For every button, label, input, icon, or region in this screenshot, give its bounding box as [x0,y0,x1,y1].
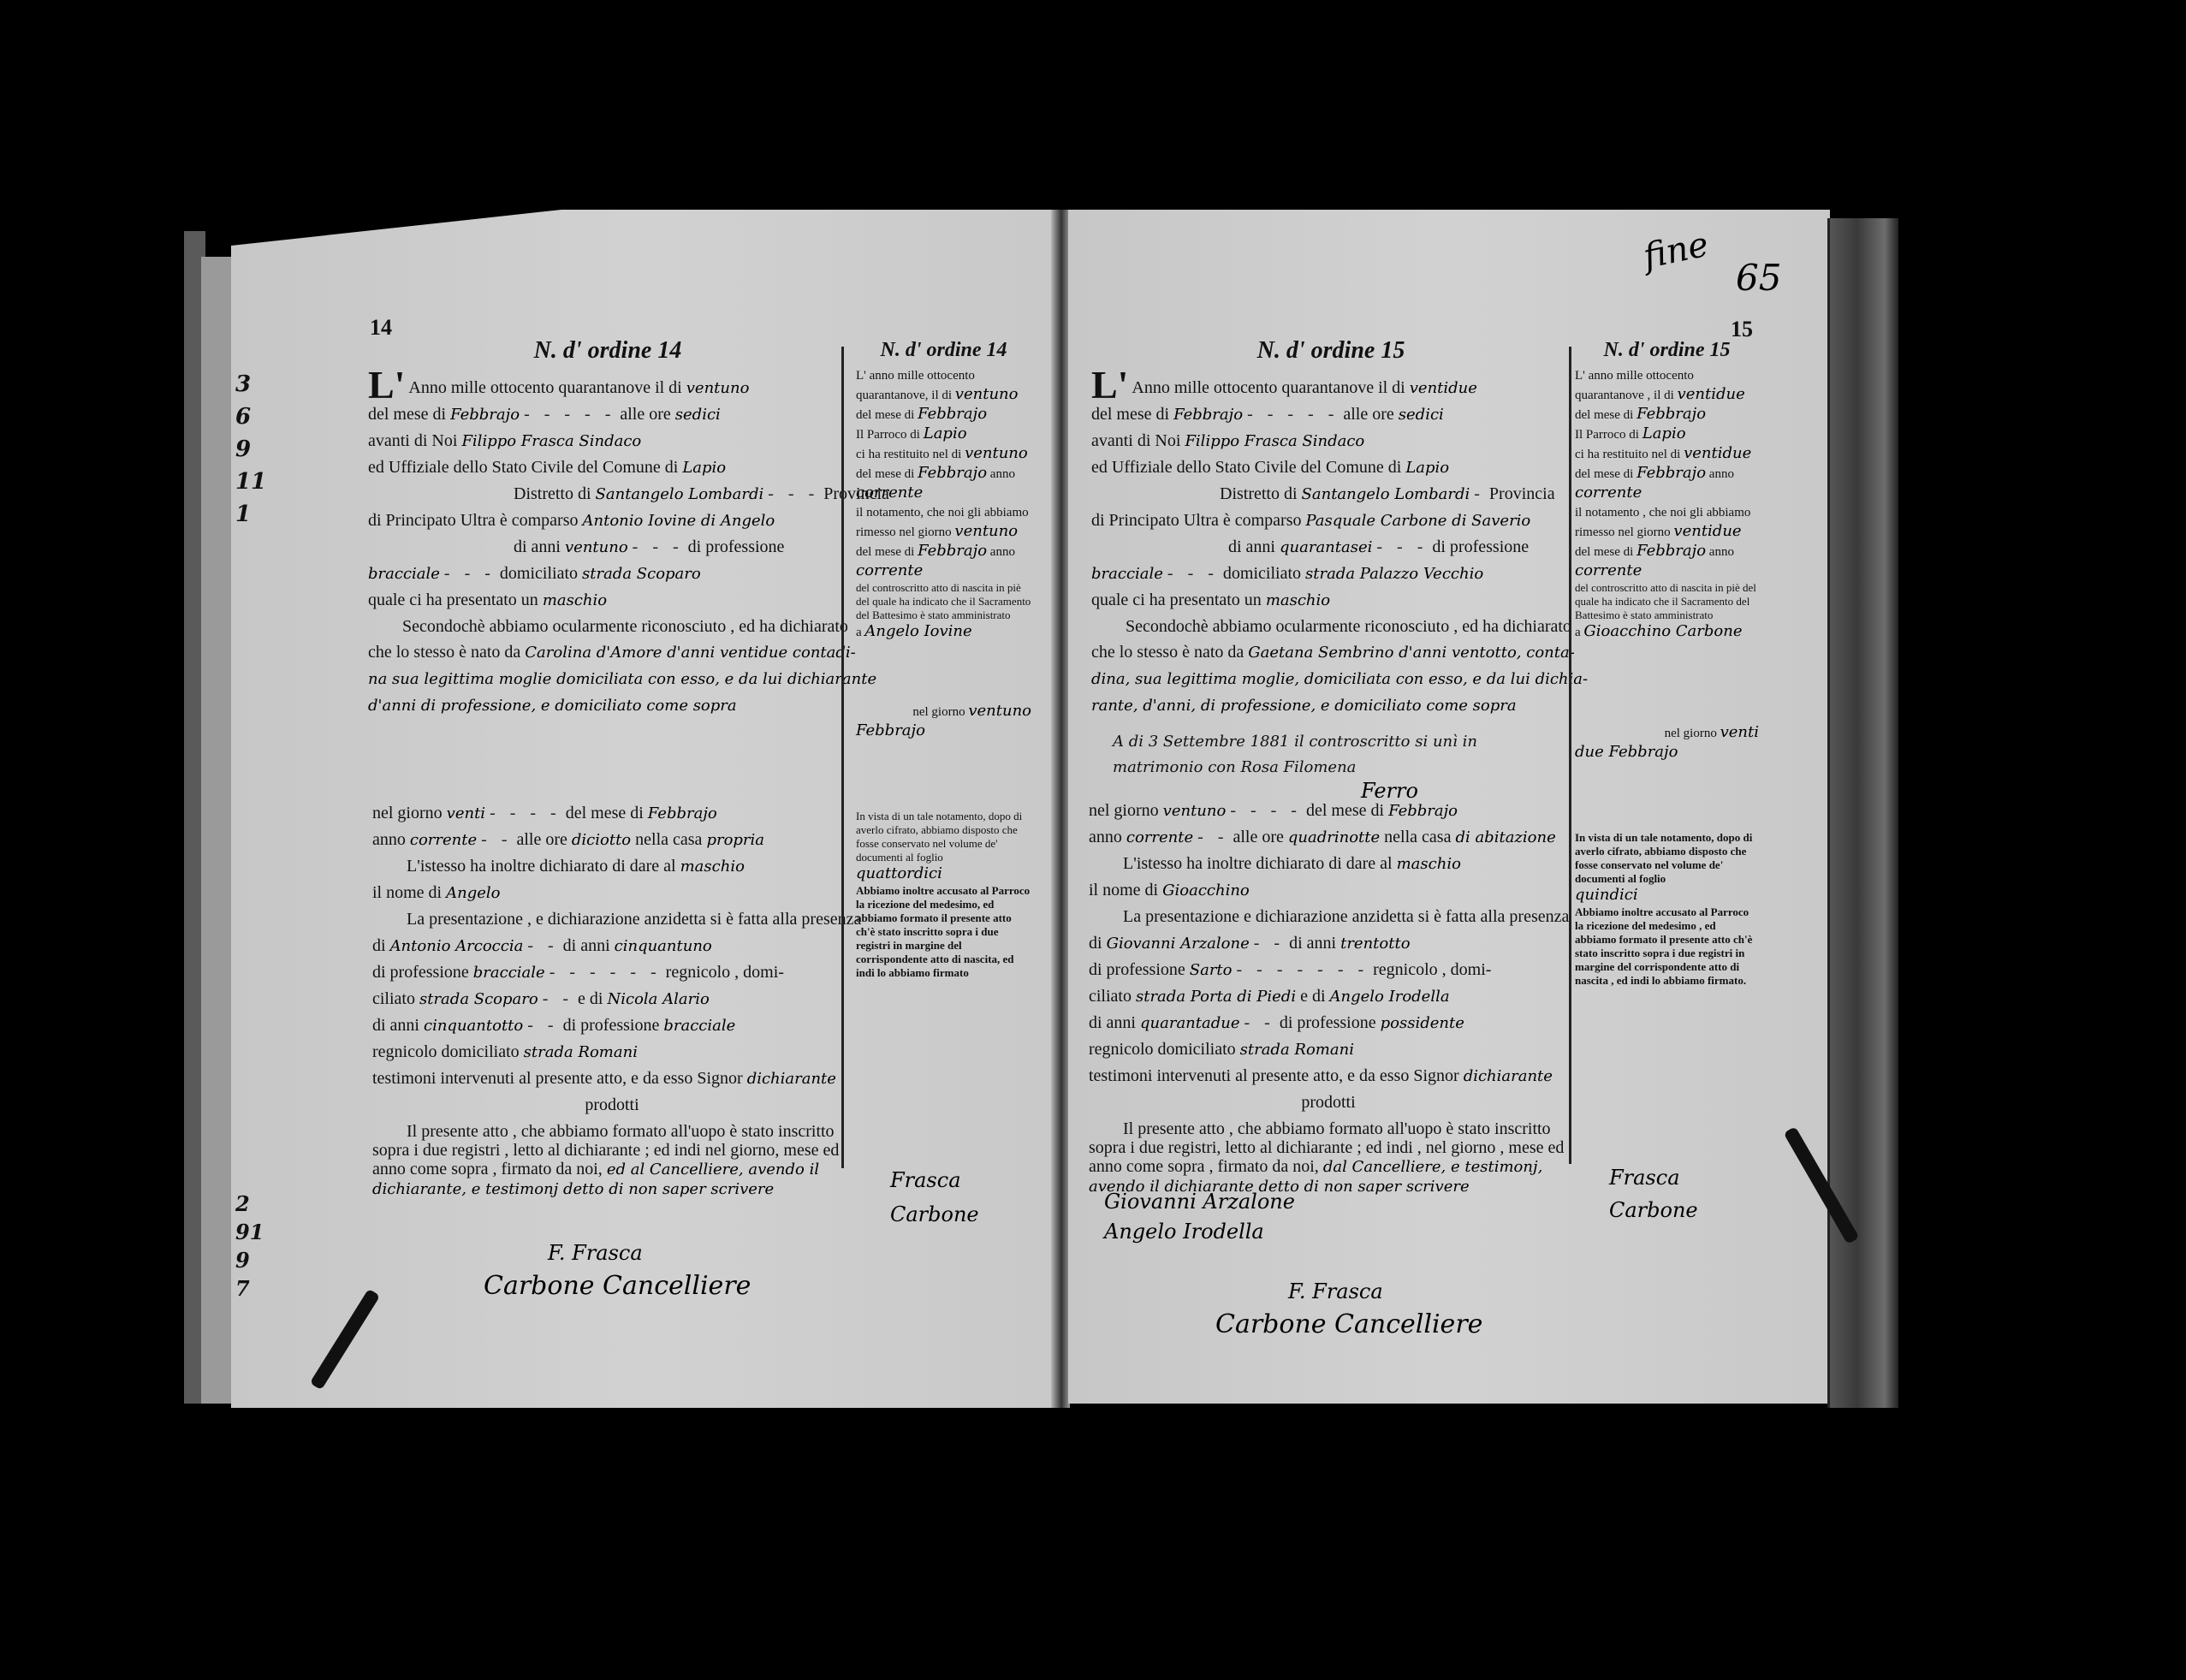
register-scan: 3 6 9 11 1 2 91 9 7 14 15 65 fine N. d' … [0,0,2186,1680]
handwritten-child-name: Gioacchino [1162,882,1250,899]
handwritten-address: strada Porta di Piedi [1136,988,1296,1006]
column-divider [1569,347,1571,1164]
margin-number: 91 [235,1218,270,1246]
printed-text: di professione [1089,960,1185,979]
handwritten-month: Febbrajo [1637,464,1706,482]
printed-text: Secondochè abbiamo ocularmente riconosci… [1126,617,1571,636]
printed-text: L' anno mille ottocento quarantanove , i… [1575,369,1694,402]
handwritten-day: ventuno [965,444,1028,462]
handwritten-year: corrente [1575,561,1642,579]
handwritten-comune: Lapio [682,459,726,477]
handwritten-day: ventidue [1678,385,1745,403]
printed-text: di [1089,934,1102,953]
printed-text: ciliato [372,989,415,1008]
stub-heading: N. d' ordine 15 [1575,341,1759,359]
printed-notice: In vista di un tale notamento, dopo di a… [856,810,1031,864]
margin-number: 1 [235,498,270,531]
printed-text: che lo stesso è nato da [368,643,520,662]
printed-text: testimoni intervenuti al presente atto, … [372,1069,743,1088]
printed-text: regnicolo domiciliato [1089,1040,1236,1059]
stub-signature-clerk: Carbone [1609,1198,1698,1222]
printed-text: il nome di [372,883,442,902]
handwritten-day: ventuno [968,702,1031,720]
printed-text: Secondochè abbiamo ocularmente riconosci… [402,617,848,636]
handwritten-profession: bracciale [473,964,545,982]
margin-number: 6 [235,401,270,433]
handwritten-parish: Lapio [924,424,967,442]
handwritten-sex: maschio [680,858,745,876]
left-page-number: 14 [370,315,392,341]
handwritten-text: dina, sua legittima moglie, domiciliata … [1091,670,1588,688]
handwritten-witness-1: Antonio Arcoccia [390,937,524,955]
printed-text: di anni [514,537,561,556]
handwritten-age: cinquantotto [424,1017,523,1035]
handwritten-month: Febbrajo [856,721,925,739]
printed-text: di professione [372,963,469,982]
handwritten-day: ventuno [1163,802,1227,820]
printed-text: nel giorno [1665,727,1717,740]
printed-text: nel giorno [912,705,965,719]
printed-text: ciliato [1089,987,1132,1006]
printed-text: avanti di Noi [1091,431,1180,450]
handwritten-witness-2: Angelo Irodella [1330,988,1450,1006]
handwritten-day: ventuno [686,379,750,397]
handwritten-place: propria [706,831,764,849]
printed-text: domiciliato [500,564,578,583]
printed-text: a [856,626,862,639]
handwritten-district: Santangelo Lombardi [1302,485,1470,503]
handwritten-year: corrente [1126,828,1193,846]
printed-text: del mese di [856,545,914,559]
handwritten-baptised-name: Angelo Iovine [864,622,971,640]
handwritten-month: Febbrajo [918,464,987,482]
printed-text: ed Uffiziale dello Stato Civile del Comu… [1091,458,1401,477]
printed-text: quale ci ha presentato un [1091,591,1262,609]
handwritten-folio: quattordici [856,864,942,882]
handwritten-month: Febbrajo [1388,802,1458,820]
handwritten-declarant: Pasquale Carbone di Saverio [1306,512,1531,530]
handwritten-text: rante, d'anni, di professione, e domicil… [1091,697,1517,715]
handwritten-year: corrente [856,561,923,579]
handwritten-mother: Gaetana Sembrino d'anni ventotto, conta- [1248,644,1575,662]
printed-text: del mese di [1306,801,1384,820]
printed-text: di anni [1089,1013,1136,1032]
printed-text: Distretto di [1220,484,1298,503]
handwritten-age: ventuno [565,538,628,556]
witness-signature-1: Giovanni Arzalone [1104,1190,1295,1214]
handwritten-address: strada Scoparo [419,990,538,1008]
handwritten-address: strada Romani [1240,1041,1354,1059]
printed-text: nella casa [1384,828,1451,846]
printed-text: regnicolo domiciliato [372,1042,520,1061]
handwritten-sex: maschio [543,591,607,609]
handwritten-witness-2: Nicola Alario [607,990,709,1008]
printed-text: prodotti [585,1095,639,1114]
corner-annotation: 65 [1736,257,1781,299]
printed-text: ed Uffiziale dello Stato Civile del Comu… [368,458,678,477]
signature-clerk: Carbone Cancelliere [1215,1309,1482,1339]
printed-text: anno [1089,828,1122,846]
printed-text: del mese di [856,408,914,422]
printed-text: anno [372,830,406,849]
handwritten-month: due Febbrajo [1575,743,1678,761]
margin-number: 2 [235,1190,270,1218]
handwritten-day: ventidue [1684,444,1751,462]
handwritten-folio: quindici [1575,886,1638,904]
book-gutter [1051,210,1070,1408]
handwritten-child-name: Angelo [446,884,500,902]
handwritten-day: ventidue [1673,522,1741,540]
printed-text: avanti di Noi [368,431,457,450]
record-14-lower: nel giorno venti - - - - del mese di Feb… [372,800,852,1199]
stub-signature-mayor: Frasca [890,1168,961,1192]
printed-text: testimoni intervenuti al presente atto, … [1089,1066,1459,1085]
printed-text: e di [1300,987,1325,1006]
signature-mayor: F. Frasca [1288,1279,1383,1303]
handwritten-profession: bracciale [663,1017,735,1035]
stub-signature-mayor: Frasca [1609,1166,1680,1190]
printed-notice: In vista di un tale notamento, dopo di a… [1575,831,1759,886]
printed-text: quale ci ha presentato un [368,591,538,609]
printed-text: di professione [563,1016,660,1035]
handwritten-place: di abitazione [1455,828,1555,846]
handwritten-address: strada Palazzo Vecchio [1305,565,1483,583]
handwritten-mother: Carolina d'Amore d'anni ventidue contadi… [525,644,855,662]
printed-text: domiciliato [1223,564,1301,583]
printed-text: di professione [1280,1013,1376,1032]
handwritten-profession: bracciale [368,565,440,583]
printed-text: a [1575,626,1581,639]
handwritten-sex: maschio [1397,855,1461,873]
margin-number: 3 [235,368,270,401]
handwritten-district: Santangelo Lombardi [596,485,764,503]
printed-text: Anno mille ottocento quarantanove il di [1132,378,1405,397]
right-page-number: 15 [1731,317,1753,342]
printed-text: di Principato Ultra è comparso [368,511,579,530]
printed-text: di Principato Ultra è comparso [1091,511,1302,530]
printed-text: Anno mille ottocento quarantanove il di [408,378,681,397]
handwritten-text: dichiarante [1464,1067,1553,1085]
printed-text: L'istesso ha inoltre dichiarato di dare … [407,857,676,876]
column-divider [841,347,844,1168]
handwritten-witness-1: Giovanni Arzalone [1107,935,1250,953]
handwritten-month: Febbrajo [648,804,717,822]
printed-text: prodotti [1301,1093,1355,1112]
printed-text: nel giorno [1089,801,1159,820]
printed-text: del controscritto atto di nascita in piè… [1575,581,1759,622]
drop-cap: L' [368,363,405,407]
printed-text: del controscritto atto di nascita in piè… [856,581,1031,622]
printed-text: La presentazione e dichiarazione anzidet… [1123,907,1569,926]
printed-text: anno [990,545,1015,559]
margin-number: 11 [235,466,270,498]
handwritten-declarant: Antonio Iovine di Angelo [583,512,775,530]
printed-text: che lo stesso è nato da [1091,643,1244,662]
handwritten-month: Febbrajo [450,406,520,424]
handwritten-year: corrente [856,484,923,502]
handwritten-official: Filippo Frasca Sindaco [1185,432,1364,450]
printed-text: Il Parroco di [856,428,920,442]
printed-text: La presentazione , e dichiarazione anzid… [407,910,861,929]
handwritten-day: ventuno [955,385,1019,403]
handwritten-hour: diciotto [572,831,631,849]
record-heading: N. d' ordine 14 [368,338,847,364]
drop-cap: L' [1091,363,1128,407]
stub-heading: N. d' ordine 14 [856,341,1031,359]
printed-text: alle ore [1233,828,1283,846]
printed-text: del mese di [856,467,914,481]
handwritten-official: Filippo Frasca Sindaco [461,432,641,450]
handwritten-baptised-name: Gioacchino Carbone [1583,622,1742,640]
printed-text: ci ha restituito nel di [1575,448,1680,461]
record-15-main: N. d' ordine 15 L' Anno mille ottocento … [1091,338,1571,719]
signature-mayor: F. Frasca [548,1241,643,1265]
handwritten-year: corrente [1575,484,1642,502]
printed-text: del mese di [1575,408,1633,422]
margin-number: 7 [235,1274,270,1303]
printed-text: ci ha restituito nel di [856,448,961,461]
handwritten-month: Febbrajo [1637,542,1706,560]
printed-text: alle ore [516,830,567,849]
margin-number: 9 [235,433,270,466]
printed-text: L'istesso ha inoltre dichiarato di dare … [1123,854,1393,873]
printed-text: del mese di [1575,467,1633,481]
printed-text: nella casa [635,830,702,849]
printed-text: Il Parroco di [1575,428,1639,442]
handwritten-year: corrente [410,831,477,849]
printed-text: del mese di [1091,405,1169,424]
printed-text: di professione [688,537,785,556]
handwritten-address: strada Scoparo [582,565,701,583]
handwritten-profession: Sarto [1190,961,1233,979]
handwritten-parish: Lapio [1642,424,1686,442]
handwritten-day: ventuno [954,522,1018,540]
printed-text: nel giorno [372,804,443,822]
printed-text: e di [578,989,603,1008]
printed-text: di anni [1228,537,1275,556]
handwritten-month: Febbrajo [918,542,987,560]
record-15-lower: nel giorno ventuno - - - - del mese di F… [1089,798,1568,1196]
record-15-stub: N. d' ordine 15 L' anno mille ottocento … [1575,341,1759,988]
printed-text: del mese di [1575,545,1633,559]
handwritten-age: trentotto [1340,935,1410,953]
handwritten-address: strada Romani [524,1043,638,1061]
marriage-annotation: A di 3 Settembre 1881 il controscritto s… [1113,729,1558,781]
printed-text: alle ore [620,405,670,424]
handwritten-sex: maschio [1266,591,1330,609]
handwritten-age: quarantadue [1140,1014,1240,1032]
printed-text: di professione [1432,537,1529,556]
handwritten-hour: sedici [1399,406,1444,424]
printed-text: del mese di [566,804,644,822]
margin-index-numbers-bottom: 2 91 9 7 [235,1190,270,1303]
record-heading: N. d' ordine 15 [1091,338,1571,364]
handwritten-month: Febbrajo [1173,406,1243,424]
printed-text: anno [990,467,1015,481]
printed-text: di [372,936,386,955]
handwritten-text: d'anni di professione, e domiciliato com… [368,697,737,715]
handwritten-hour: quadrinotte [1288,828,1380,846]
printed-text: del mese di [368,405,446,424]
printed-text: regnicolo , domi- [666,963,784,982]
printed-text: anno [1709,467,1734,481]
record-14-main: N. d' ordine 14 L' Anno mille ottocento … [368,338,847,719]
witness-signature-2: Angelo Irodella [1104,1220,1264,1244]
handwritten-text: dichiarante [747,1070,836,1088]
handwritten-comune: Lapio [1405,459,1449,477]
handwritten-day: venti [1720,723,1759,741]
handwritten-age: cinquantuno [615,937,712,955]
record-14-stub: N. d' ordine 14 L' anno mille ottocento … [856,341,1031,980]
handwritten-age: quarantasei [1280,538,1372,556]
printed-text: di anni [1289,934,1336,953]
handwritten-month: Febbrajo [918,405,987,423]
printed-text: Provincia [1489,484,1555,503]
handwritten-profession: possidente [1381,1014,1464,1032]
handwritten-hour: sedici [675,406,721,424]
handwritten-text: na sua legittima moglie domiciliata con … [368,670,876,688]
handwritten-month: Febbrajo [1637,405,1706,423]
printed-text: Distretto di [514,484,591,503]
printed-text: anno [1709,545,1734,559]
page-stack-edge-right [1827,218,1898,1408]
handwritten-day: venti [447,804,485,822]
printed-final: Abbiamo inoltre accusato al Parroco la r… [1575,905,1759,988]
printed-final: Abbiamo inoltre accusato al Parroco la r… [856,884,1031,980]
closing-paragraph: Il presente atto , che abbiamo formato a… [1089,1119,1568,1196]
margin-number: 9 [235,1246,270,1274]
printed-text: regnicolo , domi- [1373,960,1491,979]
handwritten-profession: bracciale [1091,565,1163,583]
closing-paragraph: Il presente atto , che abbiamo formato a… [372,1122,852,1199]
printed-text: di anni [563,936,610,955]
printed-text: il nome di [1089,881,1158,899]
handwritten-day: ventidue [1410,379,1477,397]
stub-signature-clerk: Carbone [890,1202,979,1226]
printed-text: alle ore [1343,405,1393,424]
signature-clerk: Carbone Cancelliere [484,1271,751,1301]
margin-index-numbers: 3 6 9 11 1 [235,368,270,531]
printed-text: di anni [372,1016,419,1035]
